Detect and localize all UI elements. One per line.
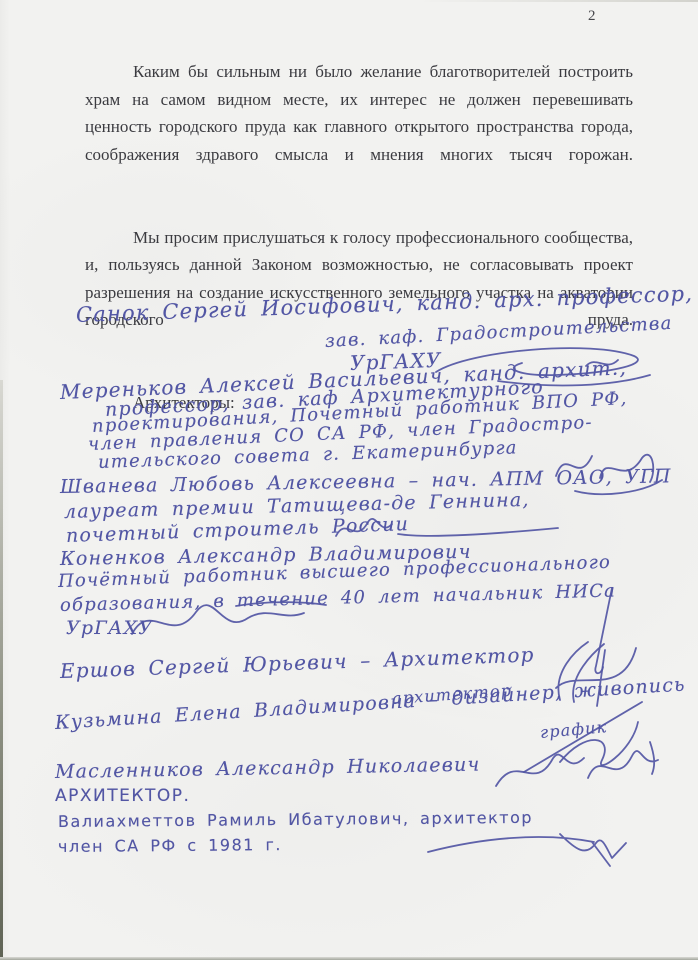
handwriting-line-ershov: Ершов Сергей Юрьевич – Архитектор [60,642,535,683]
scan-edge-top [0,0,698,2]
paragraph-1: Каким бы сильным ни было желание благотв… [85,58,633,196]
scanned-letter-page: 2 Каким бы сильным ни было желание благо… [0,0,698,960]
handwriting-line-konenkov-4: УрГАХУ [66,617,153,639]
signature-maslennikov-icon [496,742,658,786]
handwriting-line-maslennikov-1: Масленников Александр Николаевич [55,754,481,783]
handwriting-line-valiakhmetov-1: Валиахметтов Рамиль Ибатулович, архитект… [58,808,533,831]
page-number: 2 [588,8,597,25]
scan-edge-left [0,380,3,960]
handwriting-line-kuzmina-2: график [539,717,608,742]
handwriting-line-valiakhmetov-2: член СА РФ с 1981 г. [58,835,282,856]
handwriting-line-maslennikov-2: АРХИТЕКТОР. [55,786,190,806]
signature-valiakhmetov-icon [428,834,626,866]
